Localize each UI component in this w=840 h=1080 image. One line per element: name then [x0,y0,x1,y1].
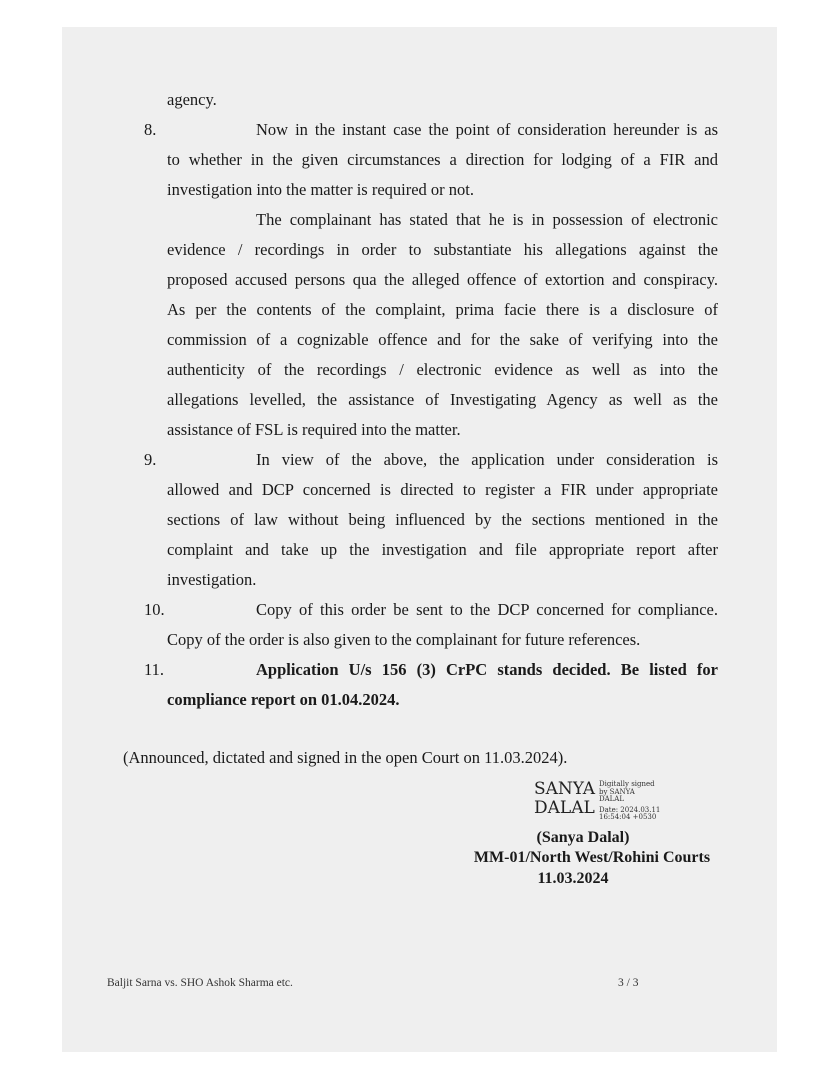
paragraph-9-line-1: In view of the above, the application un… [256,450,718,470]
paragraph-8b-line-2: evidence / recordings in order to substa… [167,240,718,260]
signatory-designation: MM-01/North West/Rohini Courts [462,848,722,868]
paragraph-9-line-2: allowed and DCP concerned is directed to… [167,480,718,500]
paragraph-7-tail: agency. [167,90,217,110]
paragraph-11-number: 11. [144,660,164,680]
document-page: agency. 8. Now in the instant case the p… [62,27,777,1052]
paragraph-8-number: 8. [144,120,156,140]
paragraph-10-number: 10. [144,600,165,620]
signature-metadata: Digitally signed by SANYA DALAL Date: 20… [599,781,660,822]
paragraph-8b-line-6: authenticity of the recordings / electro… [167,360,718,380]
paragraph-8b-line-5: commission of a cognizable offence and f… [167,330,718,350]
footer-case-title: Baljit Sarna vs. SHO Ashok Sharma etc. [107,977,293,989]
paragraph-8b-line-4: As per the contents of the complaint, pr… [167,300,718,320]
paragraph-9-line-5: investigation. [167,570,256,590]
paragraph-11-line-1: Application U/s 156 (3) CrPC stands deci… [256,660,718,680]
paragraph-8b-line-7: allegations levelled, the assistance of … [167,390,718,410]
digital-signature: SANYA DALAL Digitally signed by SANYA DA… [534,780,660,822]
paragraph-8-line-3: investigation into the matter is require… [167,180,474,200]
footer-page-number: 3 / 3 [618,977,638,989]
signatory-name: (Sanya Dalal) [523,828,643,848]
paragraph-8-line-2: to whether in the given circumstances a … [167,150,718,170]
paragraph-10-line-2: Copy of the order is also given to the c… [167,630,640,650]
announcement-text: (Announced, dictated and signed in the o… [123,748,567,768]
paragraph-9-line-4: complaint and take up the investigation … [167,540,718,560]
signature-name: SANYA DALAL [534,780,595,818]
paragraph-11-line-2: compliance report on 01.04.2024. [167,690,400,710]
paragraph-10-line-1: Copy of this order be sent to the DCP co… [256,600,718,620]
paragraph-8b-line-3: proposed accused persons qua the alleged… [167,270,718,290]
paragraph-9-number: 9. [144,450,156,470]
paragraph-8b-line-8: assistance of FSL is required into the m… [167,420,461,440]
paragraph-8-line-1: Now in the instant case the point of con… [256,120,718,140]
paragraph-9-line-3: sections of law without being influenced… [167,510,718,530]
signatory-date: 11.03.2024 [523,869,623,889]
paragraph-8b-line-1: The complainant has stated that he is in… [256,210,718,230]
